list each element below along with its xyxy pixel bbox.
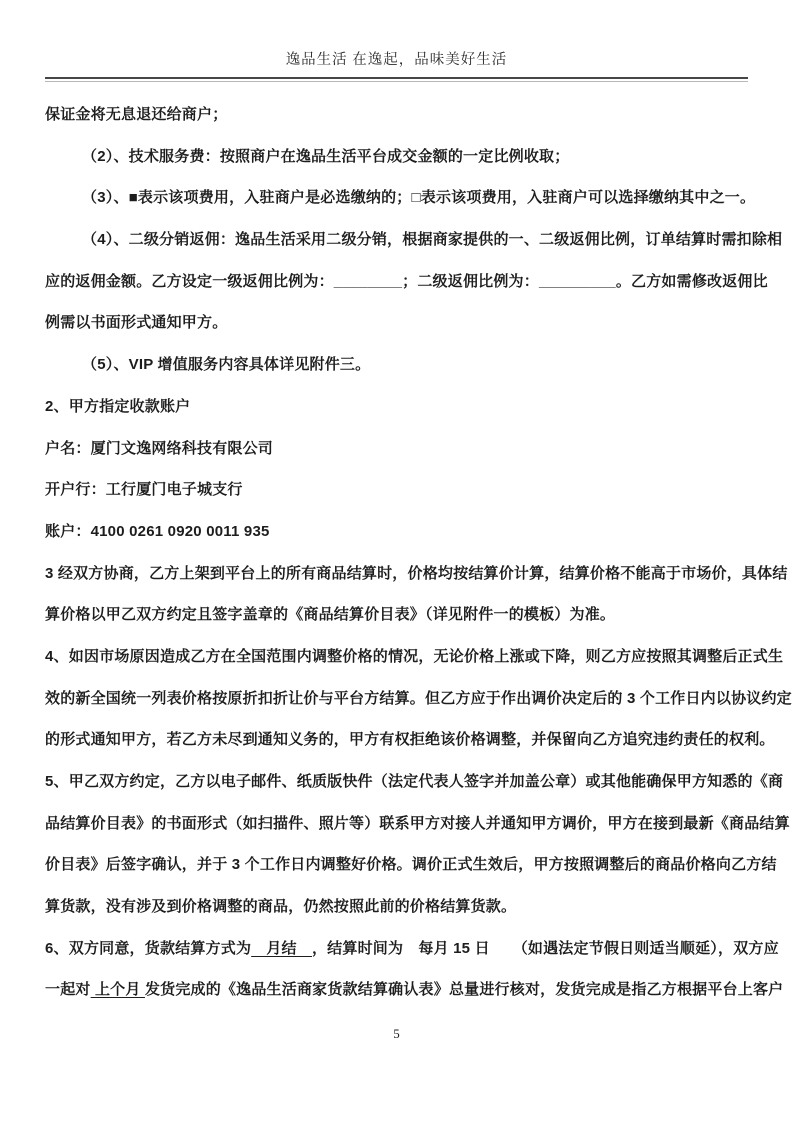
text-run: 3 经双方协商，乙方上架到平台上的所有商品结算时，价格均按结算价计算，结算价格不… [45,565,788,582]
text-line: 账户：4100 0261 0920 0011 935 [45,511,748,553]
text-line: （3）、■表示该项费用，入驻商户是必选缴纳的；□表示该项费用，入驻商户可以选择缴… [45,177,748,219]
text-run: 2、甲方指定收款账户 [45,398,190,415]
text-line: 价目表》后签字确认，并于 3 个工作日内调整好价格。调价正式生效后，甲方按照调整… [45,844,748,886]
text-run: 效的新全国统一列表价格按原折扣折让价与平台方结算。但乙方应于作出调价决定后的 3… [45,690,792,707]
page-header: 逸品生活 在逸起，品味美好生活 [45,48,748,79]
text-line: 例需以书面形式通知甲方。 [45,302,748,344]
document-body: 保证金将无息退还给商户；（2）、技术服务费：按照商户在逸品生活平台成交金额的一定… [45,94,748,1011]
text-run: 5、甲乙双方约定，乙方以电子邮件、纸质版快件（法定代表人签字并加盖公章）或其他能… [45,773,783,790]
text-line: 开户行：工行厦门电子城支行 [45,469,748,511]
text-line: 4、如因市场原因造成乙方在全国范围内调整价格的情况，无论价格上涨或下降，则乙方应… [45,636,748,678]
text-line: 2、甲方指定收款账户 [45,386,748,428]
text-line: （4）、二级分销返佣：逸品生活采用二级分销，根据商家提供的一、二级返佣比例，订单… [45,219,748,261]
text-run: 算货款，没有涉及到价格调整的商品，仍然按照此前的价格结算货款。 [45,898,516,915]
text-line: 算货款，没有涉及到价格调整的商品，仍然按照此前的价格结算货款。 [45,886,748,928]
text-run: 6、双方同意，货款结算方式为 [45,940,251,957]
text-run: 的形式通知甲方，若乙方未尽到通知义务的，甲方有权拒绝该价格调整，并保留向乙方追究… [45,731,775,748]
text-line: 5、甲乙双方约定，乙方以电子邮件、纸质版快件（法定代表人签字并加盖公章）或其他能… [45,761,748,803]
text-run: （5）、VIP 增值服务内容具体详见附件三。 [82,356,370,373]
document-page: 逸品生活 在逸起，品味美好生活 保证金将无息退还给商户；（2）、技术服务费：按照… [0,0,793,1122]
text-line: 户名：厦门文逸网络科技有限公司 [45,428,748,470]
text-run: 例需以书面形式通知甲方。 [45,314,227,331]
text-run: 4、如因市场原因造成乙方在全国范围内调整价格的情况，无论价格上涨或下降，则乙方应… [45,648,783,665]
page-number: 5 [0,1024,793,1044]
text-line: 一起对 上个月 发货完成的《逸品生活商家货款结算确认表》总量进行核对，发货完成是… [45,969,748,1011]
text-run: （3）、■表示该项费用，入驻商户是必选缴纳的；□表示该项费用，入驻商户可以选择缴… [82,189,755,206]
text-line: 效的新全国统一列表价格按原折扣折让价与平台方结算。但乙方应于作出调价决定后的 3… [45,678,748,720]
text-run: 账户：4100 0261 0920 0011 935 [45,523,270,540]
text-line: 的形式通知甲方，若乙方未尽到通知义务的，甲方有权拒绝该价格调整，并保留向乙方追究… [45,719,748,761]
text-run: 开户行：工行厦门电子城支行 [45,481,243,498]
text-run: 一起对 [45,981,91,998]
fill-in-blank: 上个月 [91,981,145,998]
fill-in-blank: 月结 [251,940,312,957]
header-title: 逸品生活 在逸起，品味美好生活 [286,52,508,68]
text-line: 3 经双方协商，乙方上架到平台上的所有商品结算时，价格均按结算价计算，结算价格不… [45,553,748,595]
text-line: 6、双方同意，货款结算方式为 月结 ，结算时间为 每月 15 日 （如遇法定节假… [45,928,748,970]
text-run: 应的返佣金额。乙方设定一级返佣比例为：________；二级返佣比例为：____… [45,273,768,290]
text-line: 算价格以甲乙双方约定且签字盖章的《商品结算价目表》（详见附件一的模板）为准。 [45,594,748,636]
text-run: 品结算价目表》的书面形式（如扫描件、照片等）联系甲方对接人并通知甲方调价，甲方在… [45,815,790,832]
text-line: 品结算价目表》的书面形式（如扫描件、照片等）联系甲方对接人并通知甲方调价，甲方在… [45,803,748,845]
text-line: 保证金将无息退还给商户； [45,94,748,136]
text-run: 价目表》后签字确认，并于 3 个工作日内调整好价格。调价正式生效后，甲方按照调整… [45,856,777,873]
text-line: （5）、VIP 增值服务内容具体详见附件三。 [45,344,748,386]
text-run: 户名：厦门文逸网络科技有限公司 [45,440,273,457]
text-run: （4）、二级分销返佣：逸品生活采用二级分销，根据商家提供的一、二级返佣比例，订单… [82,231,782,248]
text-run: 保证金将无息退还给商户； [45,106,227,123]
text-run: ，结算时间为 每月 15 日 （如遇法定节假日则适当顺延），双方应 [312,940,779,957]
text-run: （2）、技术服务费：按照商户在逸品生活平台成交金额的一定比例收取； [82,148,569,165]
text-run: 发货完成的《逸品生活商家货款结算确认表》总量进行核对，发货完成是指乙方根据平台上… [145,981,783,998]
text-line: 应的返佣金额。乙方设定一级返佣比例为：________；二级返佣比例为：____… [45,261,748,303]
text-run: 算价格以甲乙双方约定且签字盖章的《商品结算价目表》（详见附件一的模板）为准。 [45,606,615,623]
text-line: （2）、技术服务费：按照商户在逸品生活平台成交金额的一定比例收取； [45,136,748,178]
